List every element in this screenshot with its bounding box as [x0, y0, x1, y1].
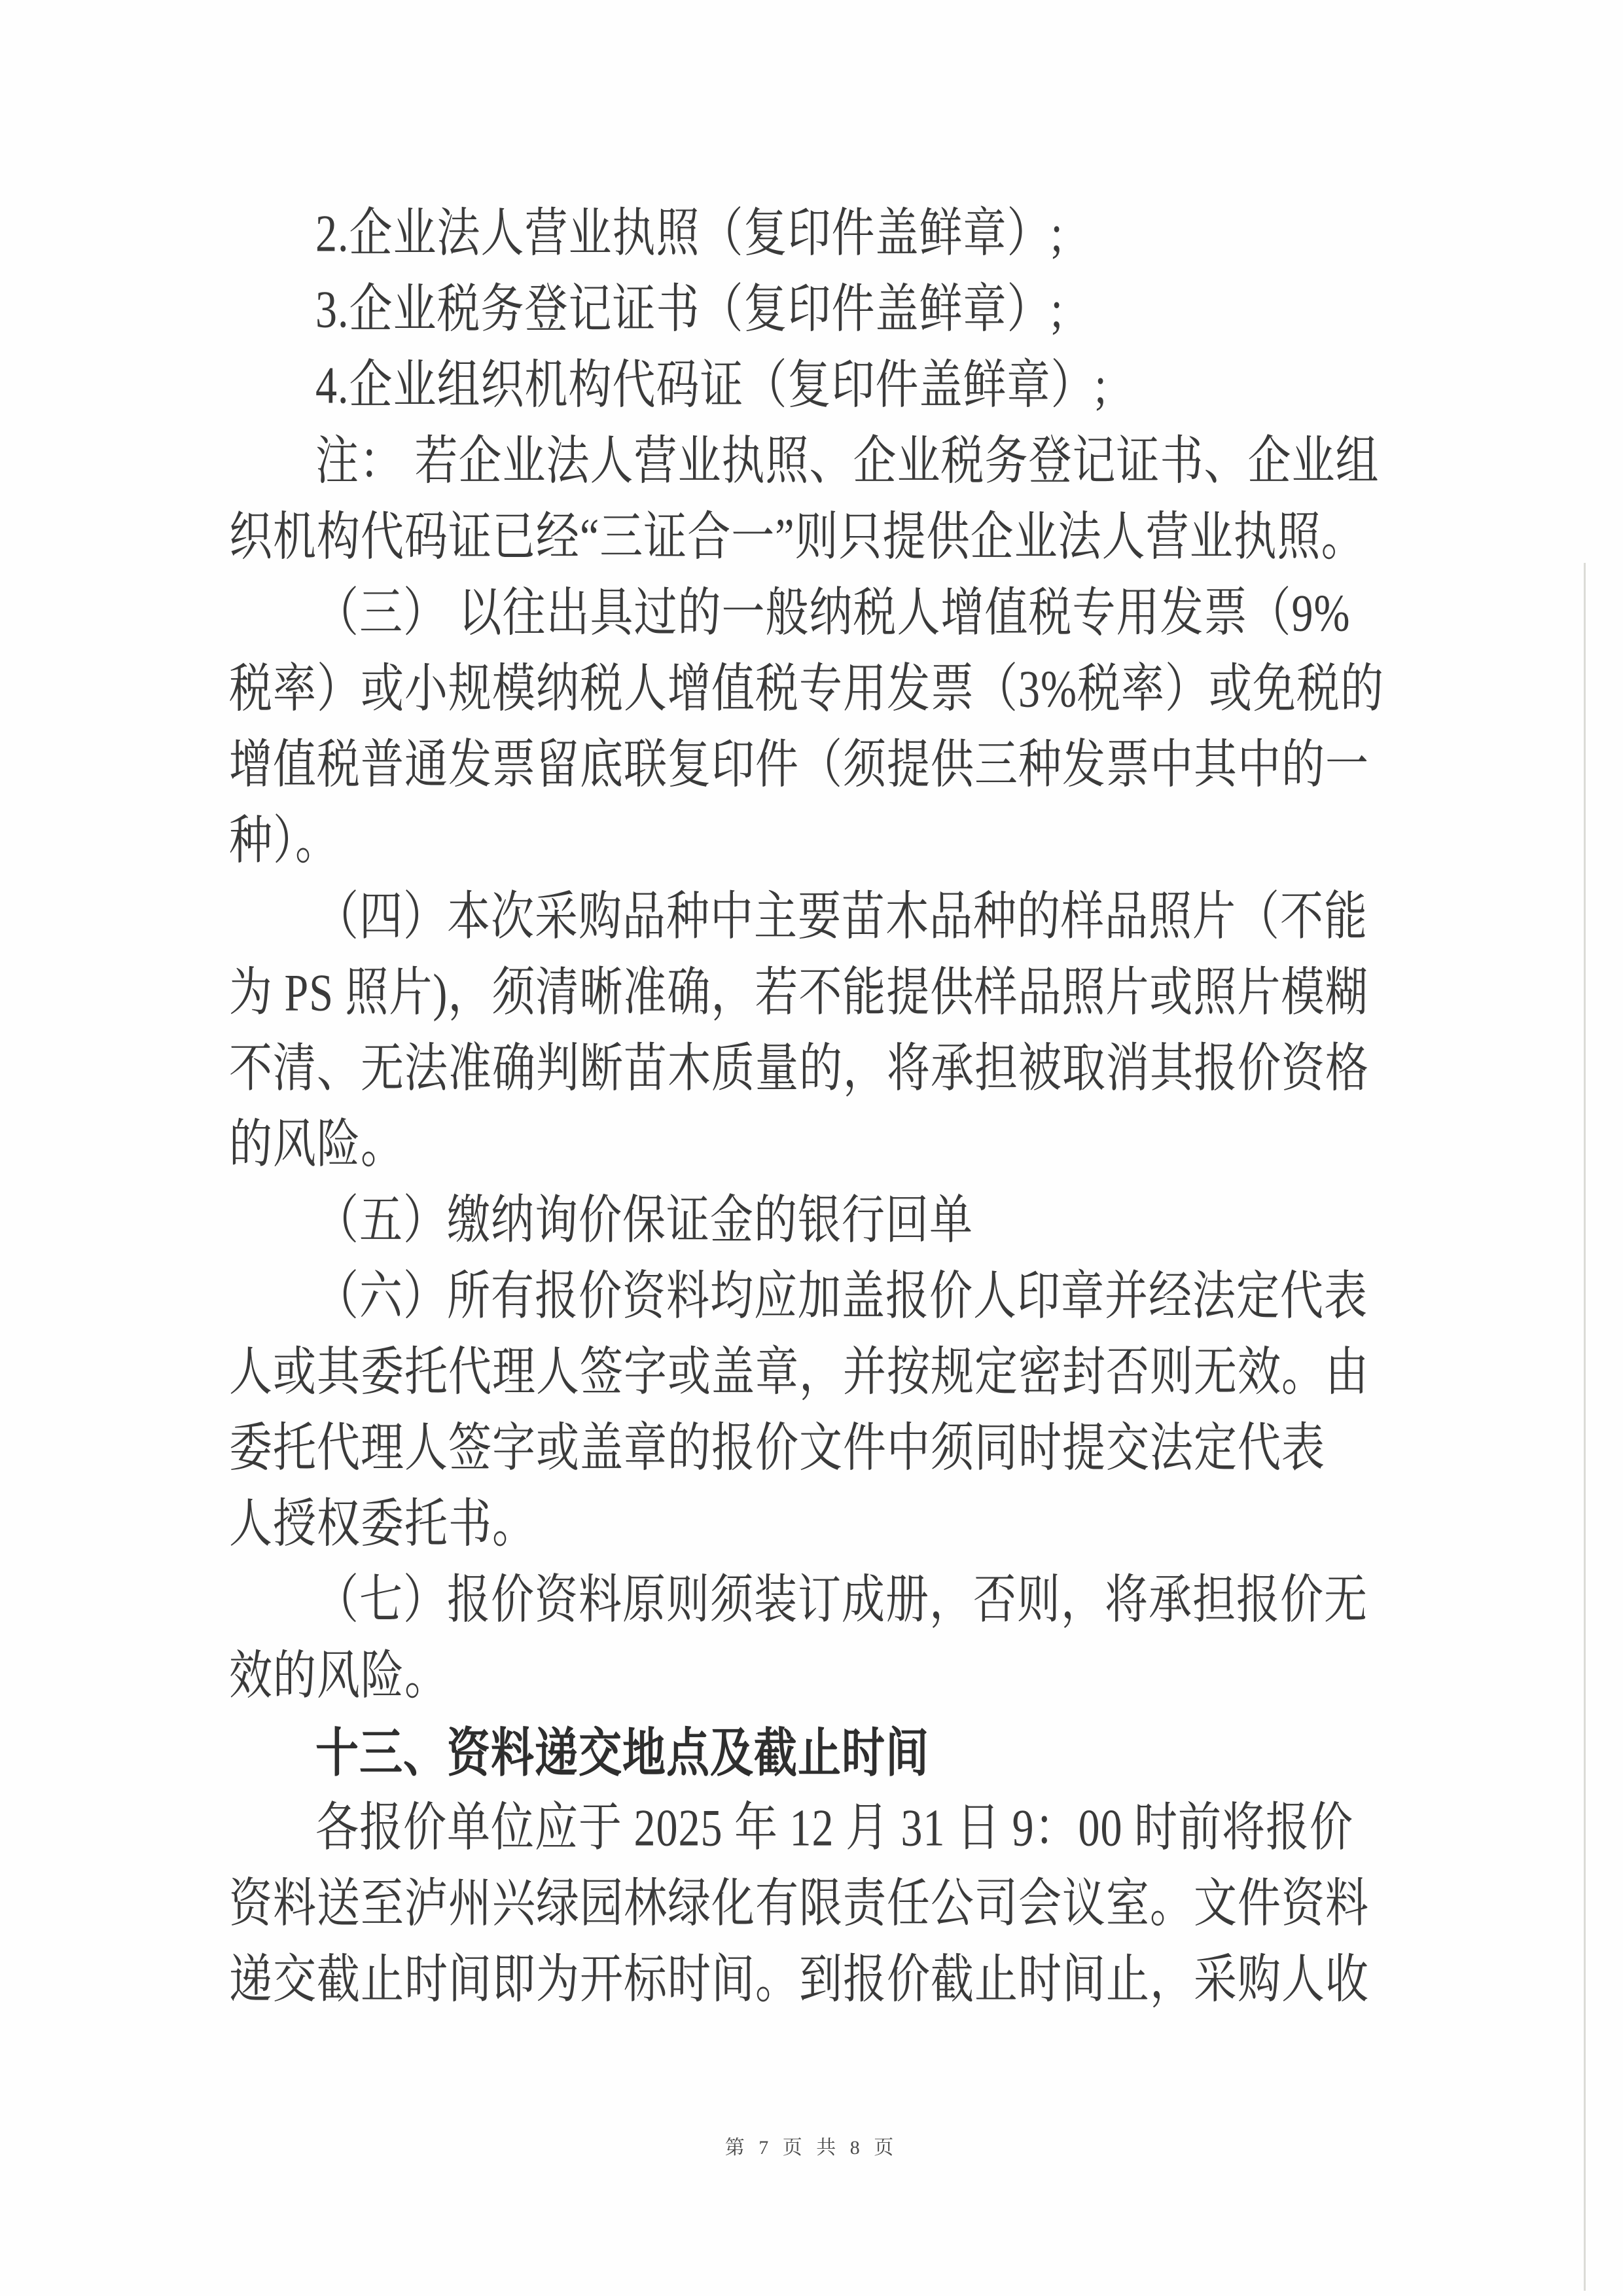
text-line: 递交截止时间即为开标时间。到报价截止时间止，采购人收 — [229, 1934, 1369, 2027]
document-page: 2.企业法人营业执照（复印件盖鲜章）;3.企业税务登记证书（复印件盖鲜章）;4.… — [0, 0, 1623, 2296]
text-line: 增值税普通发票留底联复印件（须提供三种发票中其中的一 — [229, 719, 1369, 812]
page-number-footer: 第 7 页 共 8 页 — [0, 2128, 1623, 2168]
scan-edge-artifact — [1584, 563, 1586, 2291]
